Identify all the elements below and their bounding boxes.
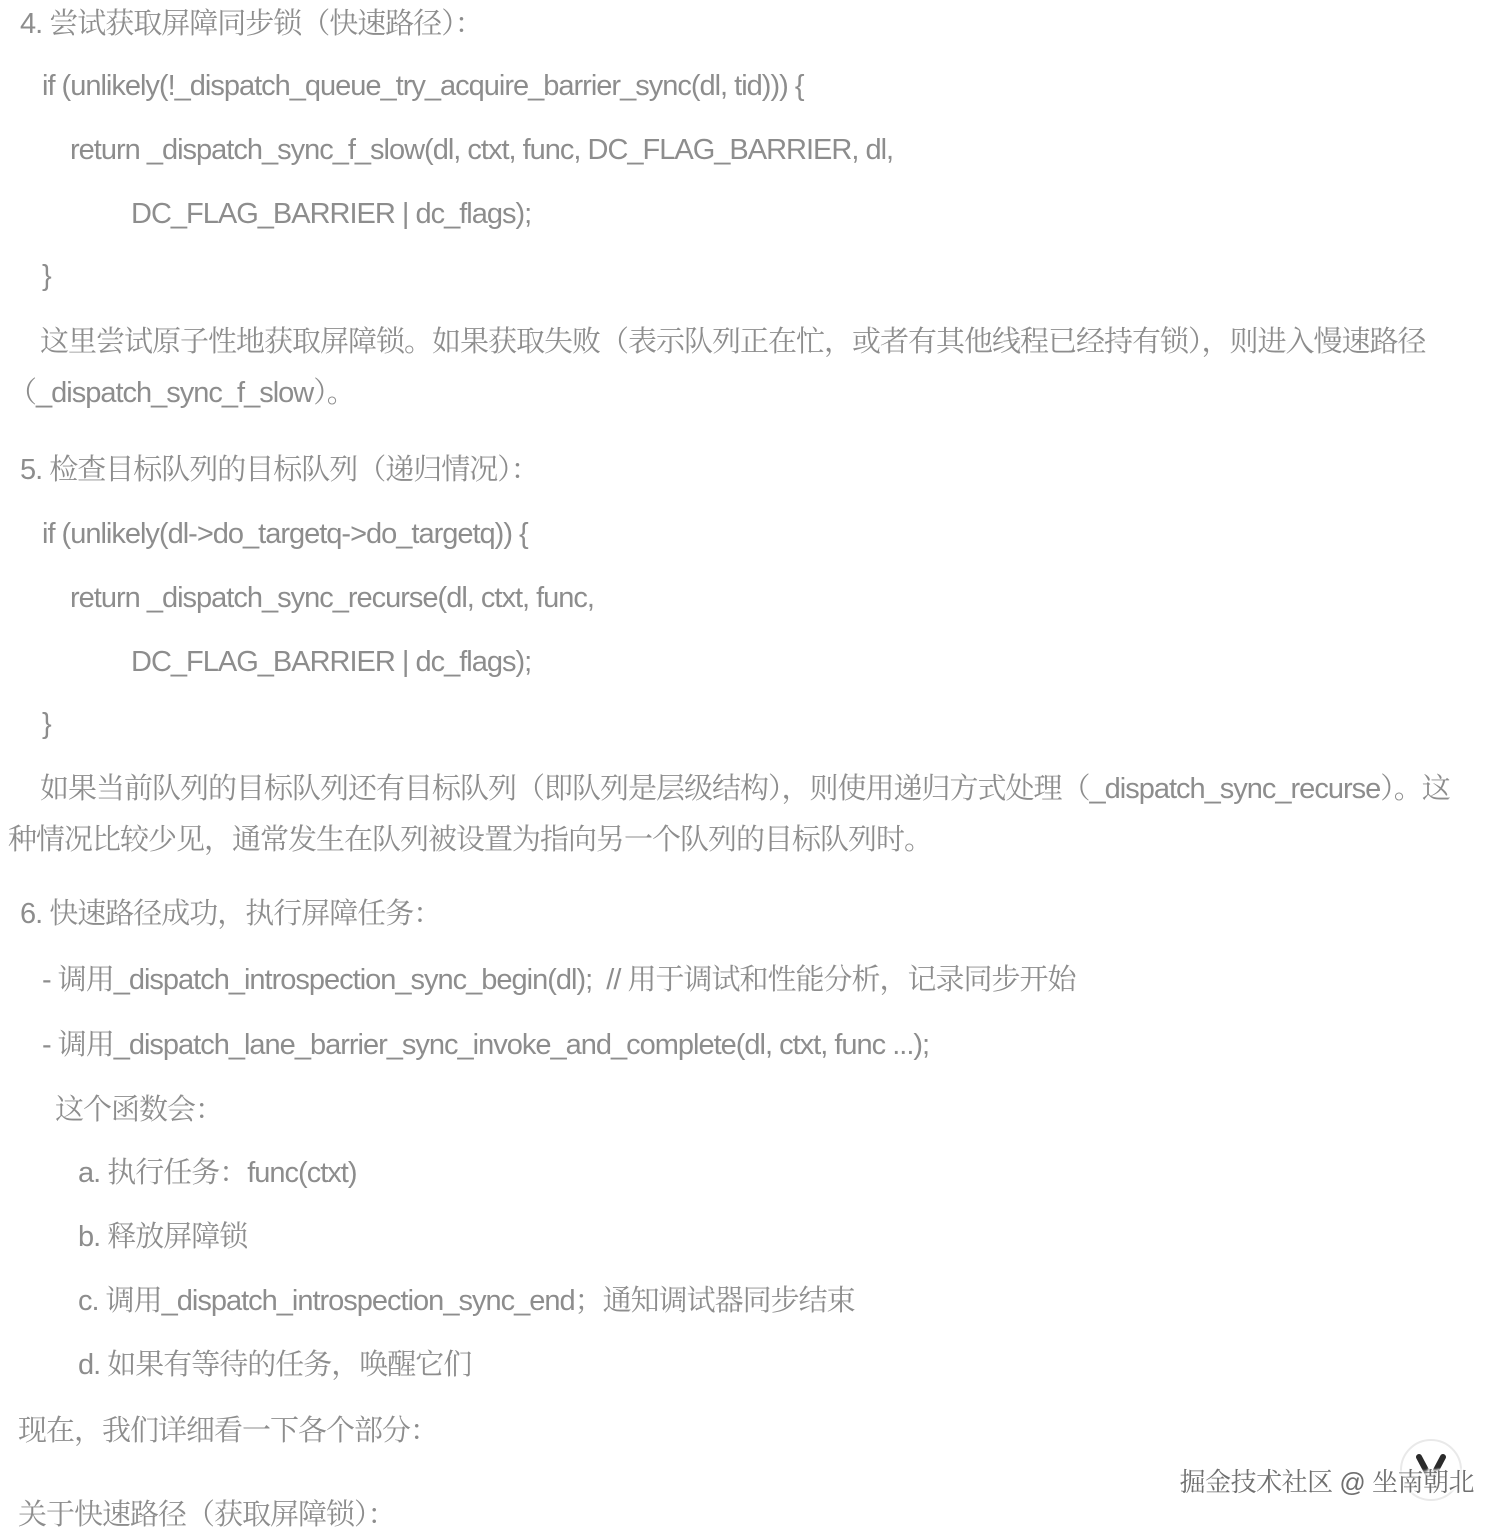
paragraph-line: 如果当前队列的目标队列还有目标队列（即队列是层级结构），则使用递归方式处理（_d… xyxy=(40,771,1450,807)
watermark-text: 掘金技术社区 @ 坐南朝北 xyxy=(1180,1462,1474,1499)
code-line: if (unlikely(dl->do_targetq->do_targetq)… xyxy=(42,516,528,552)
paragraph-line: 种情况比较少见，通常发生在队列被设置为指向另一个队列的目标队列时。 xyxy=(8,822,932,858)
paragraph-line: （_dispatch_sync_f_slow）。 xyxy=(8,375,355,411)
paragraph-line: 这里尝试原子性地获取屏障锁。如果获取失败（表示队列正在忙，或者有其他线程已经持有… xyxy=(40,324,1426,360)
code-line: } xyxy=(42,706,51,742)
step5-heading: 5. 检查目标队列的目标队列（递归情况）： xyxy=(20,452,539,488)
step6-heading: 6. 快速路径成功，执行屏障任务： xyxy=(20,896,441,932)
code-line: } xyxy=(42,258,51,294)
sub-list-line: b. 释放屏障锁 xyxy=(78,1219,247,1255)
closing-paragraph: 现在，我们详细看一下各个部分： xyxy=(18,1413,438,1449)
article-page: 4. 尝试获取屏障同步锁（快速路径）： if (unlikely(!_dispa… xyxy=(0,0,1506,1532)
bullet-line: - 调用_dispatch_introspection_sync_begin(d… xyxy=(42,962,1075,998)
sub-list-line: c. 调用_dispatch_introspection_sync_end；通知… xyxy=(78,1283,855,1319)
code-line: return _dispatch_sync_f_slow(dl, ctxt, f… xyxy=(70,132,893,168)
sub-list-line: a. 执行任务：func(ctxt) xyxy=(78,1155,357,1191)
code-line: DC_FLAG_BARRIER | dc_flags); xyxy=(131,644,531,680)
paragraph-line: 这个函数会： xyxy=(55,1092,223,1128)
code-line: if (unlikely(!_dispatch_queue_try_acquir… xyxy=(42,68,804,104)
sub-list-line: d. 如果有等待的任务，唤醒它们 xyxy=(78,1347,471,1383)
bullet-line: - 调用_dispatch_lane_barrier_sync_invoke_a… xyxy=(42,1027,929,1063)
code-line: DC_FLAG_BARRIER | dc_flags); xyxy=(131,196,531,232)
code-line: return _dispatch_sync_recurse(dl, ctxt, … xyxy=(70,580,594,616)
next-section-heading: 关于快速路径（获取屏障锁）： xyxy=(18,1497,396,1532)
step4-heading: 4. 尝试获取屏障同步锁（快速路径）： xyxy=(20,6,483,42)
